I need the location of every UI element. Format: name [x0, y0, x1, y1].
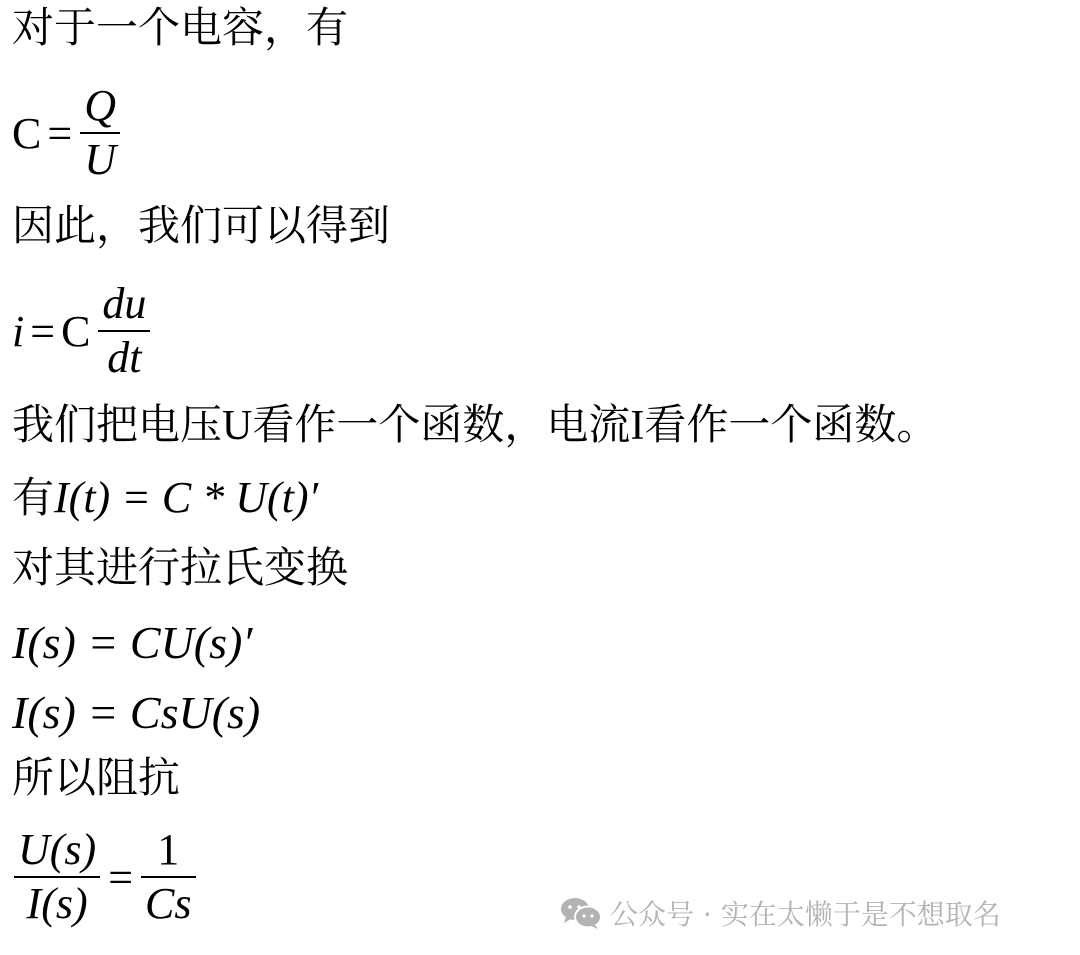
- fraction-numerator: du: [98, 282, 150, 326]
- formula-time-domain: 有 I(t) = C * U(t)′: [12, 476, 318, 520]
- fraction-denominator: I(s): [23, 882, 92, 926]
- fraction-bar: [98, 330, 150, 332]
- wechat-icon: [560, 896, 602, 930]
- formula-capacitance: C = Q U: [12, 84, 122, 182]
- formula-equals: =: [30, 306, 55, 357]
- fraction-denominator: dt: [103, 336, 145, 380]
- fraction-bar: [141, 876, 195, 878]
- formula-lhs: i: [12, 306, 24, 357]
- text-line-functions: 我们把电压U看作一个函数，电流I看作一个函数。: [12, 405, 938, 447]
- formula-laplace-1: I(s) = CU(s)′: [12, 616, 252, 669]
- fraction-left: U(s) I(s): [14, 828, 100, 926]
- formula-impedance: U(s) I(s) = 1 Cs: [12, 828, 198, 926]
- text-line-therefore: 因此，我们可以得到: [12, 206, 390, 248]
- formula-coefficient: C: [61, 306, 90, 357]
- fraction: Q U: [80, 84, 120, 182]
- formula-equals: =: [47, 108, 72, 159]
- fraction-numerator: Q: [80, 84, 120, 128]
- fraction-denominator: Cs: [141, 882, 195, 926]
- formula-lhs: C: [12, 108, 41, 159]
- formula-body: I(t) = C * U(t)′: [54, 476, 318, 520]
- text-line-laplace: 对其进行拉氏变换: [12, 548, 348, 590]
- formula-current: i = C du dt: [12, 282, 152, 380]
- text-line-capacitor-intro: 对于一个电容，有: [12, 8, 348, 50]
- formula-equals: =: [108, 852, 133, 903]
- fraction-denominator: U: [80, 138, 120, 182]
- fraction: du dt: [98, 282, 150, 380]
- text-line-impedance: 所以阻抗: [12, 758, 180, 800]
- watermark: 公众号 · 实在太懒于是不想取名: [560, 893, 1001, 933]
- fraction-right: 1 Cs: [141, 828, 195, 926]
- fraction-bar: [80, 132, 120, 134]
- fraction-bar: [14, 876, 100, 878]
- fraction-numerator: 1: [153, 828, 183, 872]
- formula-prefix: 有: [12, 478, 54, 520]
- formula-laplace-2: I(s) = CsU(s): [12, 686, 260, 739]
- fraction-numerator: U(s): [14, 828, 100, 872]
- watermark-text: 公众号 · 实在太懒于是不想取名: [610, 893, 1001, 933]
